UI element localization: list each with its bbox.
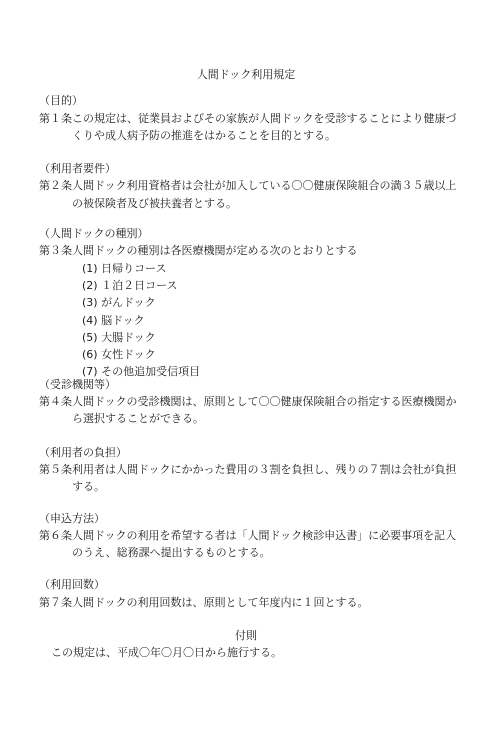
document-title: 人間ドック利用規定 (0, 66, 492, 83)
article-6-number: 第６条 (39, 527, 72, 544)
section-usage-frequency: （利用回数） 第７条 人間ドックの利用回数は、原則として年度内に１回とする。 (39, 576, 466, 611)
article-1-text: この規定は、従業員およびその家族が人間ドックを受診することにより健康づくりや成人… (72, 110, 464, 145)
dock-type-item-5: (5) 大腸ドック (82, 329, 466, 346)
dock-type-item-6: (6) 女性ドック (82, 346, 466, 363)
section-objective: （目的） 第１条 この規定は、従業員およびその家族が人間ドックを受診することによ… (39, 92, 466, 144)
dock-type-item-4: (4) 脳ドック (82, 312, 466, 329)
section-heading-objective: （目的） (39, 92, 466, 109)
dock-type-list: (1) 日帰りコース (2) １泊２日コース (3) がんドック (4) 脳ドッ… (39, 260, 466, 381)
article-2-number: 第２条 (39, 177, 72, 194)
section-application-method: （申込方法） 第６条 人間ドックの利用を希望する者は「人間ドック検診申込書」に必… (39, 510, 466, 562)
article-7: 第７条 人間ドックの利用回数は、原則として年度内に１回とする。 (39, 594, 466, 611)
section-heading-medical-institutions: （受診機関等） (39, 376, 466, 393)
section-heading-application-method: （申込方法） (39, 510, 466, 527)
article-1: 第１条 この規定は、従業員およびその家族が人間ドックを受診することにより健康づく… (39, 110, 466, 145)
appendix-heading: 付則 (0, 627, 492, 644)
article-5: 第５条 利用者は人間ドックにかかった費用の３割を負担し、残りの７割は会社が負担す… (39, 461, 466, 496)
article-4: 第４条 人間ドックの受診機関は、原則として〇〇健康保険組合の指定する医療機関から… (39, 393, 466, 428)
appendix: 付則 この規定は、平成〇年〇月〇日から施行する。 (39, 627, 466, 662)
article-3-number: 第３条 (39, 242, 72, 259)
article-4-number: 第４条 (39, 393, 72, 410)
section-dock-types: （人間ドックの種別） 第３条 人間ドックの種別は各医療機関が定める次のとおりとす… (39, 225, 466, 381)
article-2: 第２条 人間ドック利用資格者は会社が加入している〇〇健康保険組合の満３５歳以上の… (39, 177, 466, 212)
section-heading-eligibility: （利用者要件） (39, 160, 466, 177)
article-3-text: 人間ドックの種別は各医療機関が定める次のとおりとする (72, 242, 358, 259)
article-2-text: 人間ドック利用資格者は会社が加入している〇〇健康保険組合の満３５歳以上の被保険者… (72, 177, 464, 212)
section-heading-dock-types: （人間ドックの種別） (39, 225, 466, 242)
article-3: 第３条 人間ドックの種別は各医療機関が定める次のとおりとする (39, 242, 466, 259)
section-heading-user-burden: （利用者の負担） (39, 444, 466, 461)
article-5-text: 利用者は人間ドックにかかった費用の３割を負担し、残りの７割は会社が負担する。 (72, 461, 464, 496)
article-7-number: 第７条 (39, 594, 72, 611)
section-heading-usage-frequency: （利用回数） (39, 576, 466, 593)
dock-type-item-1: (1) 日帰りコース (82, 260, 466, 277)
article-7-text: 人間ドックの利用回数は、原則として年度内に１回とする。 (72, 594, 369, 611)
document-page: 人間ドック利用規定 （目的） 第１条 この規定は、従業員およびその家族が人間ドッ… (0, 0, 492, 748)
dock-type-item-3: (3) がんドック (82, 294, 466, 311)
article-1-number: 第１条 (39, 110, 72, 127)
appendix-text: この規定は、平成〇年〇月〇日から施行する。 (39, 644, 466, 661)
section-medical-institutions: （受診機関等） 第４条 人間ドックの受診機関は、原則として〇〇健康保険組合の指定… (39, 376, 466, 428)
article-4-text: 人間ドックの受診機関は、原則として〇〇健康保険組合の指定する医療機関から選択する… (72, 393, 464, 428)
article-5-number: 第５条 (39, 461, 72, 478)
section-eligibility: （利用者要件） 第２条 人間ドック利用資格者は会社が加入している〇〇健康保険組合… (39, 160, 466, 212)
dock-type-item-2: (2) １泊２日コース (82, 277, 466, 294)
section-user-burden: （利用者の負担） 第５条 利用者は人間ドックにかかった費用の３割を負担し、残りの… (39, 444, 466, 496)
article-6: 第６条 人間ドックの利用を希望する者は「人間ドック検診申込書」に必要事項を記入の… (39, 527, 466, 562)
article-6-text: 人間ドックの利用を希望する者は「人間ドック検診申込書」に必要事項を記入のうえ、総… (72, 527, 464, 562)
